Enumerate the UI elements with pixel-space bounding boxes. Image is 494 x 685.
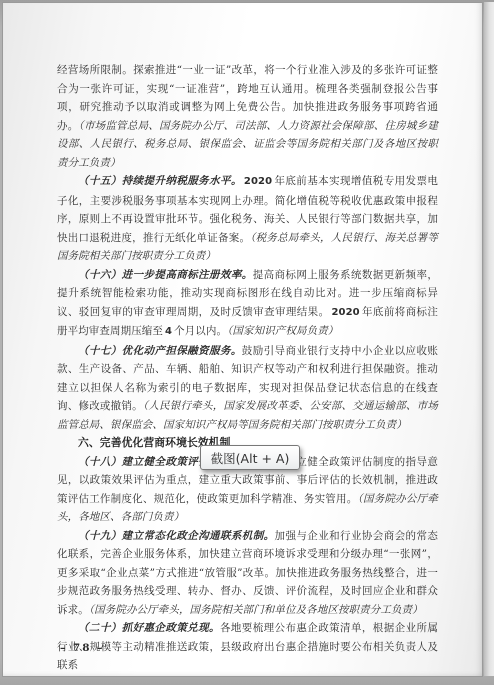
text-segment-lead: （十六）进一步提高商标注册效率。 <box>78 269 253 281</box>
text-segment-lead: （十九）建立常态化政企沟通联系机制。 <box>78 530 275 542</box>
screenshot-tooltip-label: 截图(Alt + A) <box>211 449 290 467</box>
paragraph: （十六）进一步提高商标注册效率。提高商标网上服务系统数据更新频率，提升系统智能检… <box>57 266 438 342</box>
paragraph: （十七）优化动产担保融资服务。鼓励引导商业银行支持中小企业以应收账款、生产设备、… <box>57 342 438 435</box>
paragraph: （十五）持续提升纳税服务水平。2020年底前基本实现增值税专用发票电子化，主要涉… <box>57 172 438 266</box>
screenshot-tooltip: 截图(Alt + A) <box>200 445 300 470</box>
page-edge-gutter <box>484 2 494 676</box>
paragraph: （二十）抓好惠企政策兑现。各地要梳理公布惠企政策清单，根据企业所属行业、规模等主… <box>57 619 438 675</box>
paragraph: 经营场所限制。探索推进“一业一证”改革，将一个行业准入涉及的多张许可证整合为一张… <box>57 61 438 172</box>
text-segment-resp: （市场监管总局、国务院办公厅、司法部、人力资源社会保障部、住房城乡建设部、人民银… <box>57 120 438 169</box>
text-segment-lead: （十五）持续提升纳税服务水平。 <box>78 175 242 187</box>
text-segment-num: 2020 <box>329 307 361 318</box>
text-segment-lead: （二十）抓好惠企政策兑现。 <box>78 622 220 634</box>
screenshot-stage: 经营场所限制。探索推进“一业一证”改革，将一个行业准入涉及的多张许可证整合为一张… <box>0 0 494 685</box>
document-text: 经营场所限制。探索推进“一业一证”改革，将一个行业准入涉及的多张许可证整合为一张… <box>57 61 438 675</box>
text-segment-lead: （十七）优化动产担保融资服务。 <box>78 345 242 357</box>
text-segment-resp: （国家知识产权局负责） <box>227 325 338 337</box>
text-segment-num: 4 <box>163 326 174 337</box>
paragraph: （十九）建立常态化政企沟通联系机制。加强与企业和行业协会商会的常态化联系，完善企… <box>57 527 438 620</box>
document-page: 经营场所限制。探索推进“一业一证”改革，将一个行业准入涉及的多张许可证整合为一张… <box>2 2 483 677</box>
text-segment-resp: （国务院办公厅牵头，国务院相关部门和单位及各地区按职责分工负责） <box>89 604 423 616</box>
text-segment-num: 2020 <box>242 176 274 187</box>
page-number: – 78 – <box>60 642 104 654</box>
text-segment-body: 个月以内。 <box>174 325 227 337</box>
